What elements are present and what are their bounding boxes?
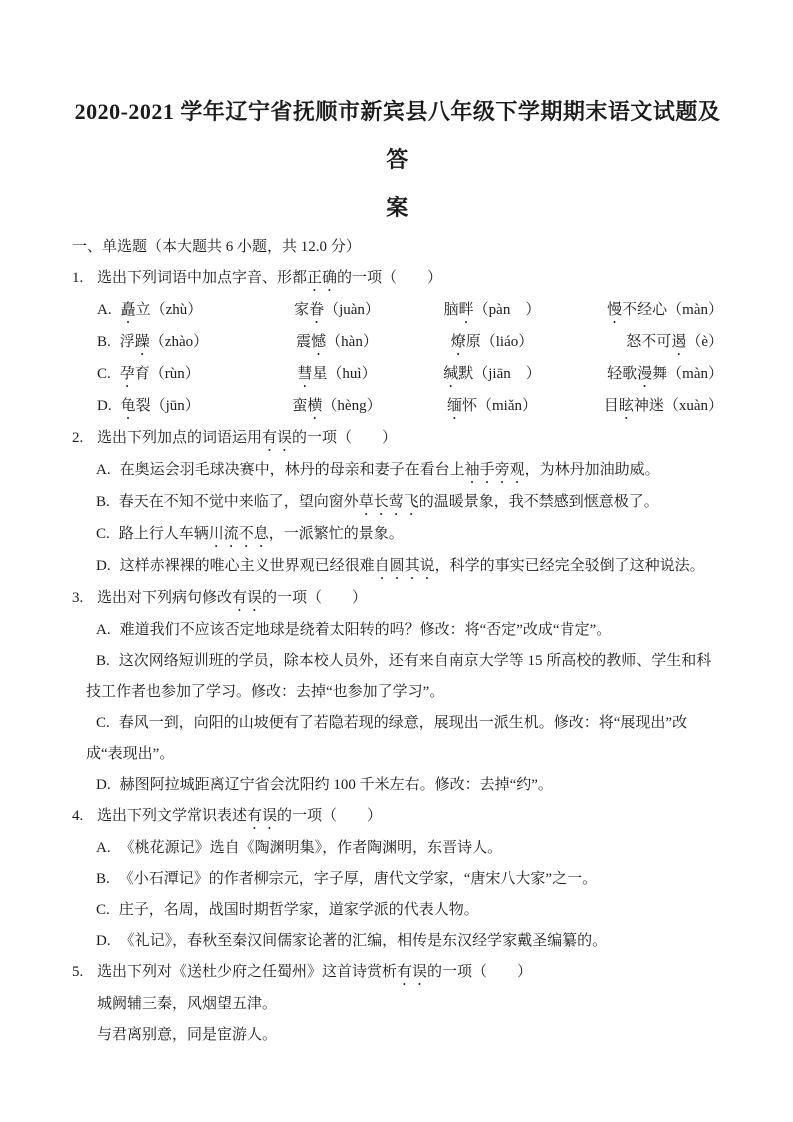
- question-4-number: 4.: [72, 801, 97, 833]
- question-3-stem: 选出对下列病句修改有误的一项（ ）: [97, 583, 723, 615]
- word-item: 缅怀（miǎn）: [412, 391, 572, 423]
- question-3-option-d: D.赫图阿拉城距离辽宁省会沈阳约 100 千米左右。修改：去掉“约”。: [86, 770, 723, 801]
- question-1-row-c: C.孕育（rùn） 彗星（huì） 缄默（jiān ） 轻歌漫舞（màn）: [97, 359, 723, 391]
- option-label-d: D.: [96, 777, 111, 793]
- word-item: 脑畔（pàn ）: [412, 295, 572, 327]
- word-item: 彗星（huì）: [262, 359, 412, 391]
- title-line-2: 案: [72, 184, 723, 232]
- poem-line-2: 与君离别意，同是宦游人。: [97, 1020, 723, 1051]
- option-text: 这次网络短训班的学员，除本校人员外，还有来自南京大学等 15 所高校的教师、学生…: [86, 653, 711, 700]
- word-item: 燎原（liáo）: [412, 327, 572, 359]
- word-item: 浮躁（zhào）: [120, 334, 208, 350]
- question-4-option-a: A.《桃花源记》选自《陶渊明集》，作者陶渊明，东晋诗人。: [86, 833, 723, 864]
- option-label-b: B.: [97, 334, 111, 350]
- question-4-option-c: C.庄子，名周，战国时期哲学家，道家学派的代表人物。: [86, 895, 723, 926]
- option-text: 春风一到，向阳的山坡便有了若隐若现的绿意，展现出一派生机。修改：将“展现出”改成…: [86, 715, 687, 762]
- document-title: 2020-2021 学年辽宁省抚顺市新宾县八年级下学期期末语文试题及答 案: [72, 88, 723, 232]
- option-label-c: C.: [96, 902, 110, 918]
- option-label-d: D.: [96, 558, 111, 574]
- option-text: 路上行人车辆川流不息，一派繁忙的景象。: [119, 526, 404, 542]
- option-text: 《桃花源记》选自《陶渊明集》，作者陶渊明，东晋诗人。: [120, 840, 503, 856]
- question-3: 3. 选出对下列病句修改有误的一项（ ） A.难道我们不应该否定地球是绕着太阳转…: [72, 583, 723, 801]
- question-4-option-b: B.《小石潭记》的作者柳宗元，字子厚，唐代文学家，“唐宋八大家”之一。: [86, 864, 723, 895]
- option-text: 在奥运会羽毛球决赛中，林丹的母亲和妻子在看台上袖手旁观，为林丹加油助威。: [120, 462, 660, 478]
- question-5-stem: 选出下列对《送杜少府之任蜀州》这首诗赏析有误的一项（ ）: [97, 957, 723, 989]
- word-item: 怒不可遏（è）: [572, 327, 723, 359]
- question-2-stem-row: 2. 选出下列加点的词语运用有误的一项（ ）: [72, 423, 723, 455]
- question-2-stem: 选出下列加点的词语运用有误的一项（ ）: [97, 423, 723, 455]
- option-label-d: D.: [96, 933, 111, 949]
- option-label-a: A.: [96, 840, 111, 856]
- question-1-row-d: D.龟裂（jūn） 蛮横（hèng） 缅怀（miǎn） 目眩神迷（xuàn）: [97, 391, 723, 423]
- option-text: 难道我们不应该否定地球是绕着太阳转的吗？修改：将“否定”改成“肯定”。: [120, 622, 612, 638]
- question-4-stem: 选出下列文学常识表述有误的一项（ ）: [97, 801, 723, 833]
- title-line-1: 2020-2021 学年辽宁省抚顺市新宾县八年级下学期期末语文试题及答: [72, 88, 723, 184]
- word-item: 目眩神迷（xuàn）: [572, 391, 723, 423]
- question-5-number: 5.: [72, 957, 97, 989]
- question-2-option-c: C.路上行人车辆川流不息，一派繁忙的景象。: [86, 519, 723, 551]
- option-label-b: B.: [96, 871, 110, 887]
- option-label-c: C.: [96, 715, 110, 731]
- question-3-number: 3.: [72, 583, 97, 615]
- option-text: 《礼记》，春秋至秦汉间儒家论著的汇编，相传是东汉经学家戴圣编纂的。: [120, 933, 608, 949]
- word-item: 缄默（jiān ）: [412, 359, 572, 391]
- word-item: 矗立（zhù）: [121, 302, 203, 318]
- word-item: 震憾（hàn）: [262, 327, 412, 359]
- question-2-option-b: B.春天在不知不觉中来临了，望向窗外草长莺飞的温暖景象，我不禁感到惬意极了。: [86, 487, 723, 519]
- option-text: 赫图阿拉城距离辽宁省会沈阳约 100 千米左右。修改：去掉“约”。: [120, 777, 553, 793]
- option-text: 庄子，名周，战国时期哲学家，道家学派的代表人物。: [119, 902, 479, 918]
- question-5-stem-row: 5. 选出下列对《送杜少府之任蜀州》这首诗赏析有误的一项（ ）: [72, 957, 723, 989]
- option-text: 春天在不知不觉中来临了，望向窗外草长莺飞的温暖景象，我不禁感到惬意极了。: [119, 494, 659, 510]
- option-label-d: D.: [97, 398, 112, 414]
- word-item: 孕育（rùn）: [120, 366, 200, 382]
- option-text: 这样赤裸裸的唯心主义世界观已经很难自圆其说，科学的事实已经完全驳倒了这种说法。: [120, 558, 705, 574]
- word-item: 慢不经心（màn）: [572, 295, 723, 327]
- option-label-a: A.: [96, 622, 111, 638]
- question-2: 2. 选出下列加点的词语运用有误的一项（ ） A.在奥运会羽毛球决赛中，林丹的母…: [72, 423, 723, 583]
- question-3-stem-row: 3. 选出对下列病句修改有误的一项（ ）: [72, 583, 723, 615]
- question-1-row-b: B.浮躁（zhào） 震憾（hàn） 燎原（liáo） 怒不可遏（è）: [97, 327, 723, 359]
- poem-line-1: 城阙辅三秦，风烟望五津。: [97, 989, 723, 1020]
- question-2-option-d: D.这样赤裸裸的唯心主义世界观已经很难自圆其说，科学的事实已经完全驳倒了这种说法…: [86, 551, 723, 583]
- question-2-option-a: A.在奥运会羽毛球决赛中，林丹的母亲和妻子在看台上袖手旁观，为林丹加油助威。: [86, 455, 723, 487]
- option-label-c: C.: [97, 366, 111, 382]
- question-1-stem-row: 1. 选出下列词语中加点字音、形都正确的一项（ ）: [72, 263, 723, 295]
- word-item: 家眷（juàn）: [262, 295, 412, 327]
- question-5: 5. 选出下列对《送杜少府之任蜀州》这首诗赏析有误的一项（ ） 城阙辅三秦，风烟…: [72, 957, 723, 1051]
- question-4: 4. 选出下列文学常识表述有误的一项（ ） A.《桃花源记》选自《陶渊明集》，作…: [72, 801, 723, 957]
- option-text: 《小石潭记》的作者柳宗元，字子厚，唐代文学家，“唐宋八大家”之一。: [119, 871, 597, 887]
- word-item: 蛮横（hèng）: [262, 391, 412, 423]
- option-label-a: A.: [97, 302, 112, 318]
- option-label-b: B.: [96, 653, 110, 669]
- question-3-option-c: C.春风一到，向阳的山坡便有了若隐若现的绿意，展现出一派生机。修改：将“展现出”…: [86, 708, 723, 770]
- word-item: 轻歌漫舞（màn）: [572, 359, 723, 391]
- question-4-stem-row: 4. 选出下列文学常识表述有误的一项（ ）: [72, 801, 723, 833]
- question-1: 1. 选出下列词语中加点字音、形都正确的一项（ ） A.矗立（zhù） 家眷（j…: [72, 263, 723, 423]
- question-1-number: 1.: [72, 263, 97, 295]
- question-2-number: 2.: [72, 423, 97, 455]
- question-1-stem: 选出下列词语中加点字音、形都正确的一项（ ）: [97, 263, 723, 295]
- question-1-row-a: A.矗立（zhù） 家眷（juàn） 脑畔（pàn ） 慢不经心（màn）: [97, 295, 723, 327]
- word-item: 龟裂（jūn）: [121, 398, 200, 414]
- option-label-a: A.: [96, 462, 111, 478]
- document-page: 2020-2021 学年辽宁省抚顺市新宾县八年级下学期期末语文试题及答 案 一、…: [0, 0, 793, 1122]
- section-heading: 一、单选题（本大题共 6 小题，共 12.0 分）: [72, 232, 723, 263]
- option-label-c: C.: [96, 526, 110, 542]
- option-label-b: B.: [96, 494, 110, 510]
- question-4-option-d: D.《礼记》，春秋至秦汉间儒家论著的汇编，相传是东汉经学家戴圣编纂的。: [86, 926, 723, 957]
- question-3-option-a: A.难道我们不应该否定地球是绕着太阳转的吗？修改：将“否定”改成“肯定”。: [86, 615, 723, 646]
- question-3-option-b: B.这次网络短训班的学员，除本校人员外，还有来自南京大学等 15 所高校的教师、…: [86, 646, 723, 708]
